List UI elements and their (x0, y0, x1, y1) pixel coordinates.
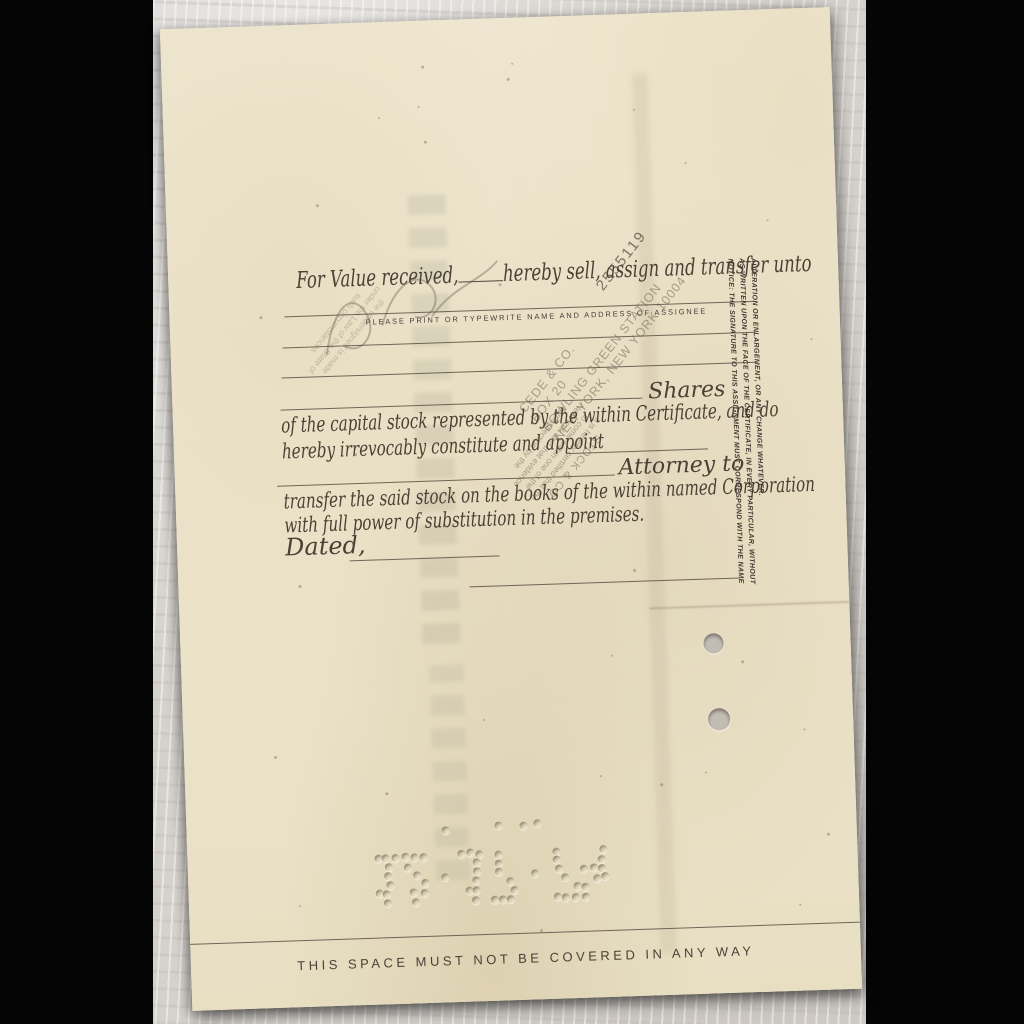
punch-dot (383, 890, 391, 898)
age-speck (660, 783, 663, 786)
punch-dot (385, 863, 393, 871)
punch-dot (553, 856, 561, 864)
dated-label: Dated, (285, 531, 366, 562)
punch-dot (391, 854, 399, 862)
ghost-bleedthrough-strip (429, 665, 470, 881)
age-speck (633, 109, 635, 111)
punch-dot (495, 867, 503, 875)
punch-dot (507, 895, 515, 903)
age-speck (611, 655, 613, 657)
punch-dot (506, 877, 514, 885)
punch-dot (473, 858, 481, 866)
punch-dot (475, 850, 483, 858)
punch-dot (386, 881, 394, 889)
age-speck (378, 117, 380, 119)
age-speck (633, 569, 636, 572)
signature-line (470, 577, 740, 587)
footer-rule (190, 922, 860, 946)
punch-dot (555, 864, 563, 872)
age-speck (741, 660, 744, 663)
punch-dot (491, 896, 499, 904)
punch-dot (466, 848, 474, 856)
age-speck (299, 905, 301, 907)
photo-frame-left-bar (0, 0, 153, 1024)
punch-dot (410, 853, 418, 861)
age-speck (799, 904, 801, 906)
punch-dot (554, 893, 562, 901)
punch-dot (495, 859, 503, 867)
punch-dot (593, 874, 601, 882)
age-speck (827, 833, 830, 836)
punch-dot (384, 872, 392, 880)
punch-dot (552, 848, 560, 856)
age-speck (705, 772, 707, 774)
punch-dot (401, 853, 409, 861)
photo-frame-right-bar (866, 0, 1024, 1024)
punch-dot (599, 845, 607, 853)
punch-dot (412, 898, 420, 906)
punch-dot (531, 869, 539, 877)
age-speck (511, 63, 513, 65)
punch-dot (472, 876, 480, 884)
age-speck (354, 453, 357, 456)
age-speck (316, 204, 319, 207)
punch-dot (472, 886, 480, 894)
signature-notice: NOTICE: THE SIGNATURE TO THIS ASSIGNMENT… (724, 258, 770, 619)
age-speck (600, 775, 602, 777)
punch-dot (421, 879, 429, 887)
punch-dot (572, 893, 580, 901)
footer-text: THIS SPACE MUST NOT BE COVERED IN ANY WA… (191, 940, 861, 977)
age-speck (507, 78, 510, 81)
age-speck (685, 162, 687, 164)
punch-dot (519, 822, 527, 830)
value-received-prefix: For Value received, (296, 263, 459, 294)
value-received-suffix: hereby sell, assign and transfer unto (503, 251, 812, 287)
age-speck (298, 585, 301, 588)
age-speck (424, 141, 427, 144)
age-speck (421, 66, 424, 69)
punch-dot (581, 883, 589, 891)
punch-dot (582, 893, 590, 901)
punch-dot (561, 873, 569, 881)
age-speck (418, 106, 420, 108)
age-speck (483, 719, 485, 721)
age-speck (385, 792, 388, 795)
age-speck (767, 219, 769, 221)
punch-dot (381, 854, 389, 862)
punch-dot (419, 853, 427, 861)
punch-dot (494, 821, 502, 829)
age-speck (499, 283, 502, 286)
photo-of-certificate-back: 2555119 CEDE & CO. BOX 20 BOWLING GREEN … (0, 0, 1024, 1024)
age-speck (803, 728, 805, 730)
punch-dot (499, 895, 507, 903)
punch-hole (703, 633, 724, 654)
age-speck (274, 756, 277, 759)
punch-dot (533, 819, 541, 827)
punch-dot (590, 863, 598, 871)
punch-dot (384, 899, 392, 907)
punch-dot (580, 865, 588, 873)
seller-name-blank (458, 257, 503, 282)
age-speck (259, 316, 262, 319)
punch-dot (494, 850, 502, 858)
punch-dot (472, 896, 480, 904)
punch-dot (413, 871, 421, 879)
punch-dot (473, 867, 481, 875)
age-speck (810, 338, 812, 340)
punch-hole (708, 708, 731, 731)
punch-dot (511, 886, 519, 894)
age-speck (752, 530, 754, 532)
punch-dot (562, 893, 570, 901)
punch-dot (404, 863, 412, 871)
punch-dot (601, 872, 609, 880)
certificate-paper: 2555119 CEDE & CO. BOX 20 BOWLING GREEN … (160, 7, 862, 1011)
punch-dot (421, 889, 429, 897)
punch-dot (598, 855, 606, 863)
punch-dot (410, 888, 418, 896)
punch-dot (573, 882, 581, 890)
